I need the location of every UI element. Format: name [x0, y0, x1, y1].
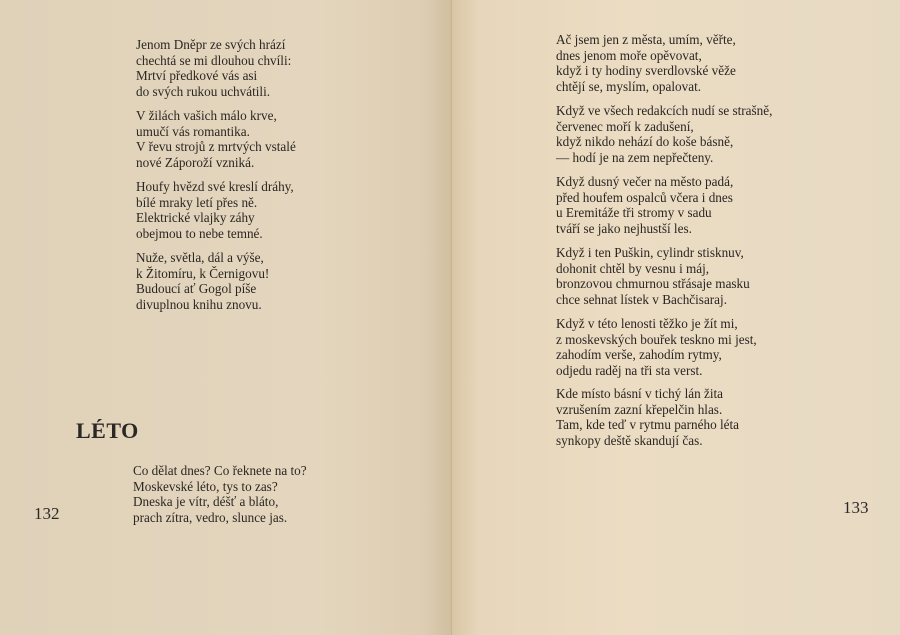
verse-line: před houfem ospalců včera i dnes: [556, 190, 733, 206]
stanza-left-1: Jenom Dněpr ze svých hrází chechtá se mi…: [136, 37, 291, 99]
verse-line: Elektrické vlajky záhy: [136, 210, 294, 226]
verse-line: Houfy hvězd své kreslí dráhy,: [136, 179, 294, 195]
verse-line: bílé mraky letí přes ně.: [136, 195, 294, 211]
verse-line: Jenom Dněpr ze svých hrází: [136, 37, 291, 53]
page-number-right: 133: [843, 498, 869, 518]
verse-line: vzrušením zazní křepelčin hlas.: [556, 402, 739, 418]
verse-line: V řevu strojů z mrtvých vstalé: [136, 139, 296, 155]
stanza-right-3: Když dusný večer na město padá, před hou…: [556, 174, 733, 236]
verse-line: Tam, kde teď v rytmu parného léta: [556, 417, 739, 433]
right-page: Ač jsem jen z města, umím, věřte, dnes j…: [452, 0, 900, 635]
verse-line: zahodím verše, zahodím rytmy,: [556, 347, 757, 363]
verse-line: odjedu raděj na tři sta verst.: [556, 363, 757, 379]
verse-line: k Žitomíru, k Černigovu!: [136, 266, 269, 282]
verse-line: Když ve všech redakcích nudí se strašně,: [556, 103, 772, 119]
verse-line: Mrtví předkové vás asi: [136, 68, 291, 84]
verse-line: obejmou to nebe temné.: [136, 226, 294, 242]
stanza-right-1: Ač jsem jen z města, umím, věřte, dnes j…: [556, 32, 736, 94]
verse-line: z moskevských bouřek teskno mi jest,: [556, 332, 757, 348]
verse-line: Co dělat dnes? Co řeknete na to?: [133, 463, 307, 479]
verse-line: když i ty hodiny sverdlovské věže: [556, 63, 736, 79]
verse-line: chechtá se mi dlouhou chvíli:: [136, 53, 291, 69]
verse-line: prach zítra, vedro, slunce jas.: [133, 510, 307, 526]
verse-line: Když dusný večer na město padá,: [556, 174, 733, 190]
verse-line: dohonit chtěl by vesnu i máj,: [556, 261, 750, 277]
verse-line: když nikdo nehází do koše básně,: [556, 134, 772, 150]
verse-line: červenec moří k zadušení,: [556, 119, 772, 135]
verse-line: dnes jenom moře opěvovat,: [556, 48, 736, 64]
verse-line: chce sehnat lístek v Bachčisaraj.: [556, 292, 750, 308]
verse-line: Moskevské léto, tys to zas?: [133, 479, 307, 495]
verse-line: — hodí je na zem nepřečteny.: [556, 150, 772, 166]
page-number-left: 132: [34, 504, 60, 524]
stanza-left-2: V žilách vašich málo krve, umučí vás rom…: [136, 108, 296, 170]
verse-line: Kde místo básní v tichý lán žita: [556, 386, 739, 402]
verse-line: Nuže, světla, dál a výše,: [136, 250, 269, 266]
verse-line: do svých rukou uchvátili.: [136, 84, 291, 100]
stanza-right-2: Když ve všech redakcích nudí se strašně,…: [556, 103, 772, 165]
verse-line: Ač jsem jen z města, umím, věřte,: [556, 32, 736, 48]
verse-line: Budoucí ať Gogol píše: [136, 281, 269, 297]
verse-line: Dneska je vítr, déšť a bláto,: [133, 494, 307, 510]
poem-title: LÉTO: [76, 418, 139, 444]
stanza-right-4: Když i ten Puškin, cylindr stisknuv, doh…: [556, 245, 750, 307]
verse-line: divuplnou knihu znovu.: [136, 297, 269, 313]
left-page: Jenom Dněpr ze svých hrází chechtá se mi…: [0, 0, 452, 635]
verse-line: chtějí se, myslím, opalovat.: [556, 79, 736, 95]
verse-line: synkopy deště skandují čas.: [556, 433, 739, 449]
stanza-right-6: Kde místo básní v tichý lán žita vzrušen…: [556, 386, 739, 448]
stanza-left-4: Nuže, světla, dál a výše, k Žitomíru, k …: [136, 250, 269, 312]
verse-line: bronzovou chmurnou střásaje masku: [556, 276, 750, 292]
stanza-right-5: Když v této lenosti těžko je žít mi, z m…: [556, 316, 757, 378]
verse-line: tváří se jako nejhustší les.: [556, 221, 733, 237]
stanza-left-3: Houfy hvězd své kreslí dráhy, bílé mraky…: [136, 179, 294, 241]
stanza-leto-1: Co dělat dnes? Co řeknete na to? Moskevs…: [133, 463, 307, 525]
verse-line: nové Záporoží vzniká.: [136, 155, 296, 171]
verse-line: Když v této lenosti těžko je žít mi,: [556, 316, 757, 332]
verse-line: u Eremitáže tři stromy v sadu: [556, 205, 733, 221]
verse-line: Když i ten Puškin, cylindr stisknuv,: [556, 245, 750, 261]
verse-line: umučí vás romantika.: [136, 124, 296, 140]
verse-line: V žilách vašich málo krve,: [136, 108, 296, 124]
